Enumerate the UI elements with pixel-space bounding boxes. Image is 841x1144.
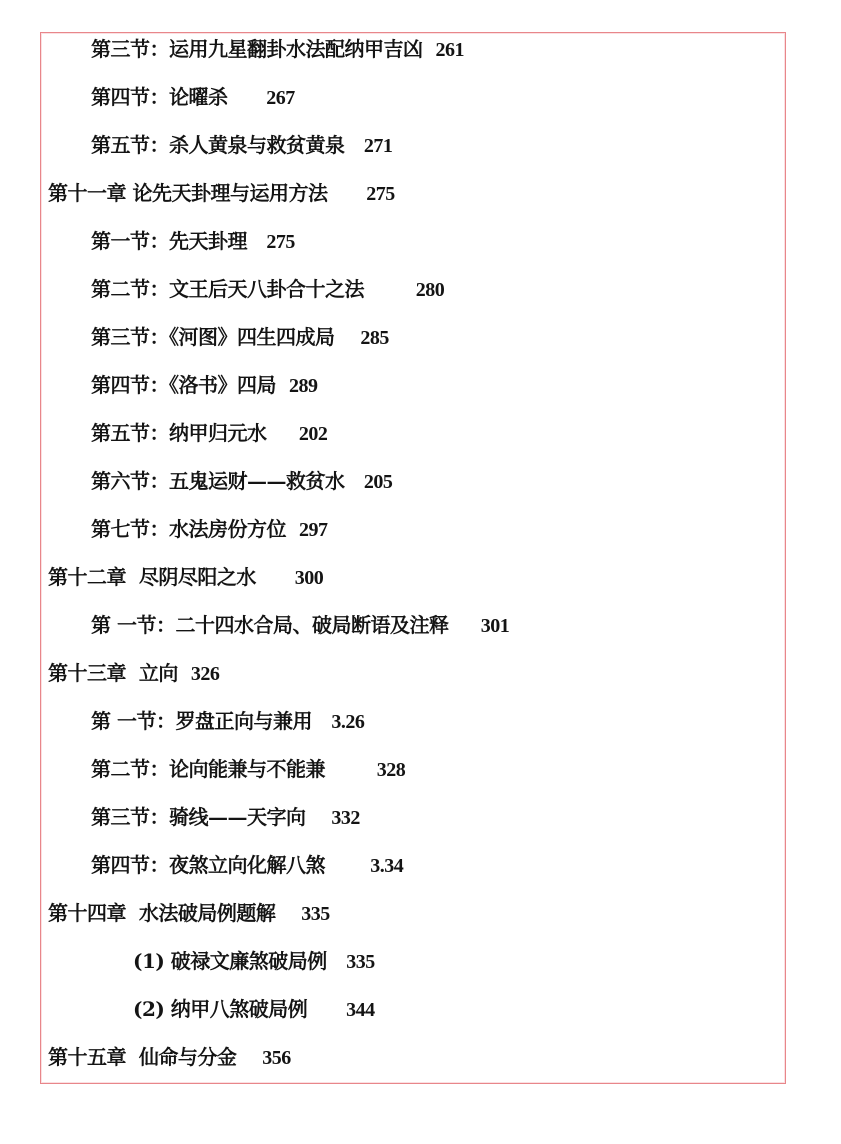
toc-entry-page-number: 267 bbox=[266, 87, 295, 109]
toc-entry-gap bbox=[335, 325, 361, 349]
toc-entry-gap bbox=[178, 661, 191, 685]
toc-entry-gap bbox=[306, 805, 332, 829]
toc-entry-page-number: 275 bbox=[266, 231, 295, 253]
toc-entry-section: 第五节：纳甲归元水 202 bbox=[91, 420, 327, 447]
toc-entry-gap bbox=[312, 709, 331, 733]
toc-entry-page-number: 301 bbox=[481, 615, 510, 637]
toc-entry-page-number: 275 bbox=[366, 183, 395, 205]
toc-entry-title: 第三节：《河图》四生四成局 bbox=[91, 325, 335, 349]
toc-entry-page-number: 280 bbox=[416, 279, 445, 301]
toc-entry-page-number: 202 bbox=[299, 423, 328, 445]
toc-entry-section: 第四节：夜煞立向化解八煞 3.34 bbox=[91, 852, 403, 879]
toc-entry-page-number: 3.26 bbox=[331, 711, 364, 733]
toc-entry-page-number: 3.34 bbox=[370, 855, 403, 877]
toc-entry-chapter: 第十一章 论先天卦理与运用方法 275 bbox=[48, 180, 395, 207]
toc-entry-title: 第十二章 尽阴尽阳之水 bbox=[48, 565, 256, 589]
toc-entry-chapter: 第十二章 尽阴尽阳之水 300 bbox=[48, 564, 323, 591]
toc-entry-section: 第三节：《河图》四生四成局 285 bbox=[91, 324, 389, 351]
toc-entry-title: 第五节：纳甲归元水 bbox=[91, 421, 267, 445]
toc-entry-sub: (2) 纳甲八煞破局例 344 bbox=[133, 996, 375, 1023]
toc-entry-title: 第十四章 水法破局例题解 bbox=[48, 901, 275, 925]
toc-entry-page-number: 344 bbox=[346, 999, 375, 1021]
toc-entry-section: 第一节：先天卦理 275 bbox=[91, 228, 295, 255]
toc-entry-gap bbox=[327, 181, 366, 205]
toc-entry-gap bbox=[286, 517, 299, 541]
toc-entry-title: (1) 破禄文廉煞破局例 bbox=[133, 949, 327, 973]
toc-entry-section: 第 一节：罗盘正向与兼用 3.26 bbox=[91, 708, 364, 735]
toc-entry-gap bbox=[325, 853, 370, 877]
toc-entry-title: 第四节：夜煞立向化解八煞 bbox=[91, 853, 325, 877]
toc-entry-chapter: 第十三章 立向 326 bbox=[48, 660, 219, 687]
toc-entry-section: 第 一节：二十四水合局、破局断语及注释 301 bbox=[91, 612, 509, 639]
toc-entry-page-number: 285 bbox=[360, 327, 389, 349]
toc-entry-title: 第四节：《洛书》四局 bbox=[91, 373, 276, 397]
toc-entry-title: 第四节：论曜杀 bbox=[91, 85, 228, 109]
toc-entry-page-number: 332 bbox=[331, 807, 360, 829]
toc-entry-page-number: 356 bbox=[262, 1047, 291, 1069]
toc-entry-gap bbox=[345, 469, 364, 493]
toc-entry-gap bbox=[275, 901, 301, 925]
toc-entry-page-number: 326 bbox=[191, 663, 220, 685]
toc-entry-gap bbox=[247, 229, 266, 253]
toc-entry-gap bbox=[276, 373, 289, 397]
toc-entry-gap bbox=[325, 757, 377, 781]
toc-entry-title: 第一节：先天卦理 bbox=[91, 229, 247, 253]
toc-entry-section: 第四节：《洛书》四局 289 bbox=[91, 372, 317, 399]
toc-entry-gap bbox=[448, 613, 480, 637]
toc-entry-title: 第二节：论向能兼与不能兼 bbox=[91, 757, 325, 781]
toc-entry-chapter: 第十四章 水法破局例题解 335 bbox=[48, 900, 330, 927]
toc-entry-title: 第五节：杀人黄泉与救贫黄泉 bbox=[91, 133, 345, 157]
toc-entry-title: 第 一节：罗盘正向与兼用 bbox=[91, 709, 312, 733]
toc-entry-gap bbox=[423, 37, 436, 61]
toc-entry-gap bbox=[256, 565, 295, 589]
toc-entry-gap bbox=[307, 997, 346, 1021]
toc-entry-section: 第五节：杀人黄泉与救贫黄泉 271 bbox=[91, 132, 392, 159]
toc-entry-page-number: 261 bbox=[435, 39, 464, 61]
toc-entry-sub: (1) 破禄文廉煞破局例 335 bbox=[133, 948, 375, 975]
toc-entry-page-number: 297 bbox=[299, 519, 328, 541]
toc-entry-section: 第二节：论向能兼与不能兼 328 bbox=[91, 756, 405, 783]
toc-entry-gap bbox=[267, 421, 299, 445]
toc-entry-gap bbox=[327, 949, 346, 973]
toc-entry-section: 第六节：五鬼运财——救贫水 205 bbox=[91, 468, 392, 495]
toc-entry-title: 第 一节：二十四水合局、破局断语及注释 bbox=[91, 613, 448, 637]
toc-entry-section: 第三节：运用九星翻卦水法配纳甲吉凶 261 bbox=[91, 36, 464, 63]
toc-entry-section: 第二节：文王后天八卦合十之法 280 bbox=[91, 276, 444, 303]
toc-entry-gap bbox=[228, 85, 267, 109]
toc-entry-title: 第七节：水法房份方位 bbox=[91, 517, 286, 541]
toc-entry-section: 第三节：骑线——天字向 332 bbox=[91, 804, 360, 831]
toc-entry-page-number: 335 bbox=[346, 951, 375, 973]
toc-entry-page-number: 271 bbox=[364, 135, 393, 157]
toc-entry-title: 第十五章 仙命与分金 bbox=[48, 1045, 236, 1069]
toc-entry-title: 第六节：五鬼运财——救贫水 bbox=[91, 469, 345, 493]
toc-entry-chapter: 第十五章 仙命与分金 356 bbox=[48, 1044, 291, 1071]
toc-entry-page-number: 328 bbox=[377, 759, 406, 781]
toc-entry-gap bbox=[236, 1045, 262, 1069]
toc-entry-title: 第三节：运用九星翻卦水法配纳甲吉凶 bbox=[91, 37, 423, 61]
toc-entry-title: 第十一章 论先天卦理与运用方法 bbox=[48, 181, 327, 205]
toc-entry-title: 第三节：骑线——天字向 bbox=[91, 805, 306, 829]
toc-entry-title: 第二节：文王后天八卦合十之法 bbox=[91, 277, 364, 301]
toc-entry-title: 第十三章 立向 bbox=[48, 661, 178, 685]
toc-entry-gap bbox=[364, 277, 416, 301]
toc-entry-section: 第四节：论曜杀 267 bbox=[91, 84, 295, 111]
toc-entry-title: (2) 纳甲八煞破局例 bbox=[133, 997, 307, 1021]
toc-entry-page-number: 300 bbox=[295, 567, 324, 589]
toc-entry-section: 第七节：水法房份方位 297 bbox=[91, 516, 327, 543]
toc-entry-page-number: 289 bbox=[289, 375, 318, 397]
toc-entry-page-number: 335 bbox=[301, 903, 330, 925]
toc-entry-gap bbox=[345, 133, 364, 157]
toc-entry-page-number: 205 bbox=[364, 471, 393, 493]
